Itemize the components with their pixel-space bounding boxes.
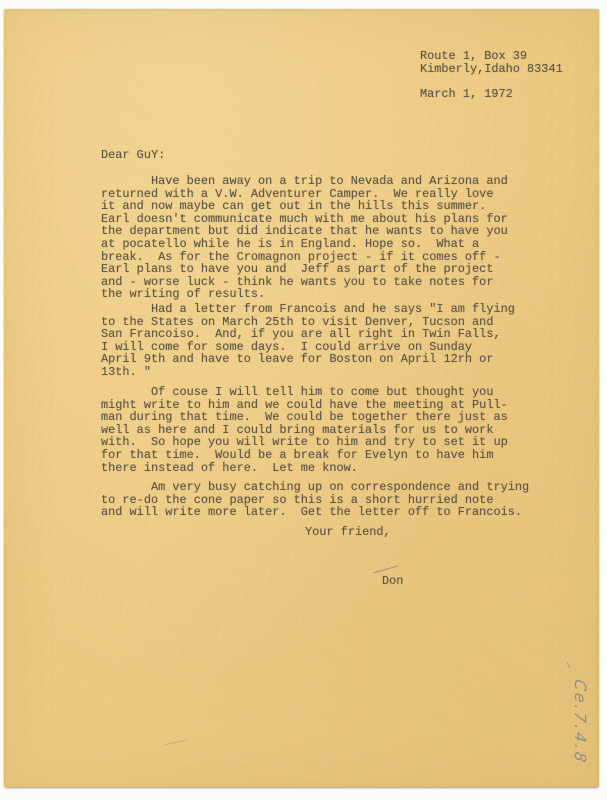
archive-code-annotation: Ce.7.4.8 xyxy=(571,665,589,778)
letter-date: March 1, 1972 xyxy=(420,88,513,101)
signature-name: Don xyxy=(382,575,403,588)
letter-paragraph-2: Had a letter from Francois and he says "… xyxy=(101,303,515,379)
salutation: Dear GuY: xyxy=(101,149,165,162)
letter-paragraph-3: Of couse I will tell him to come but tho… xyxy=(101,386,508,474)
letter-paragraph-4: Am very busy catching up on corresponden… xyxy=(101,481,529,519)
letter-paper: Route 1, Box 39 Kimberly,Idaho 83341 Mar… xyxy=(4,9,599,787)
closing-line: Your friend, xyxy=(305,526,391,539)
pencil-tick-mark xyxy=(566,662,570,669)
sender-address: Route 1, Box 39 Kimberly,Idaho 83341 xyxy=(420,50,563,75)
letter-paragraph-1: Have been away on a trip to Nevada and A… xyxy=(101,175,508,301)
pencil-mark xyxy=(373,566,397,574)
pencil-scratch-mark xyxy=(164,740,188,746)
